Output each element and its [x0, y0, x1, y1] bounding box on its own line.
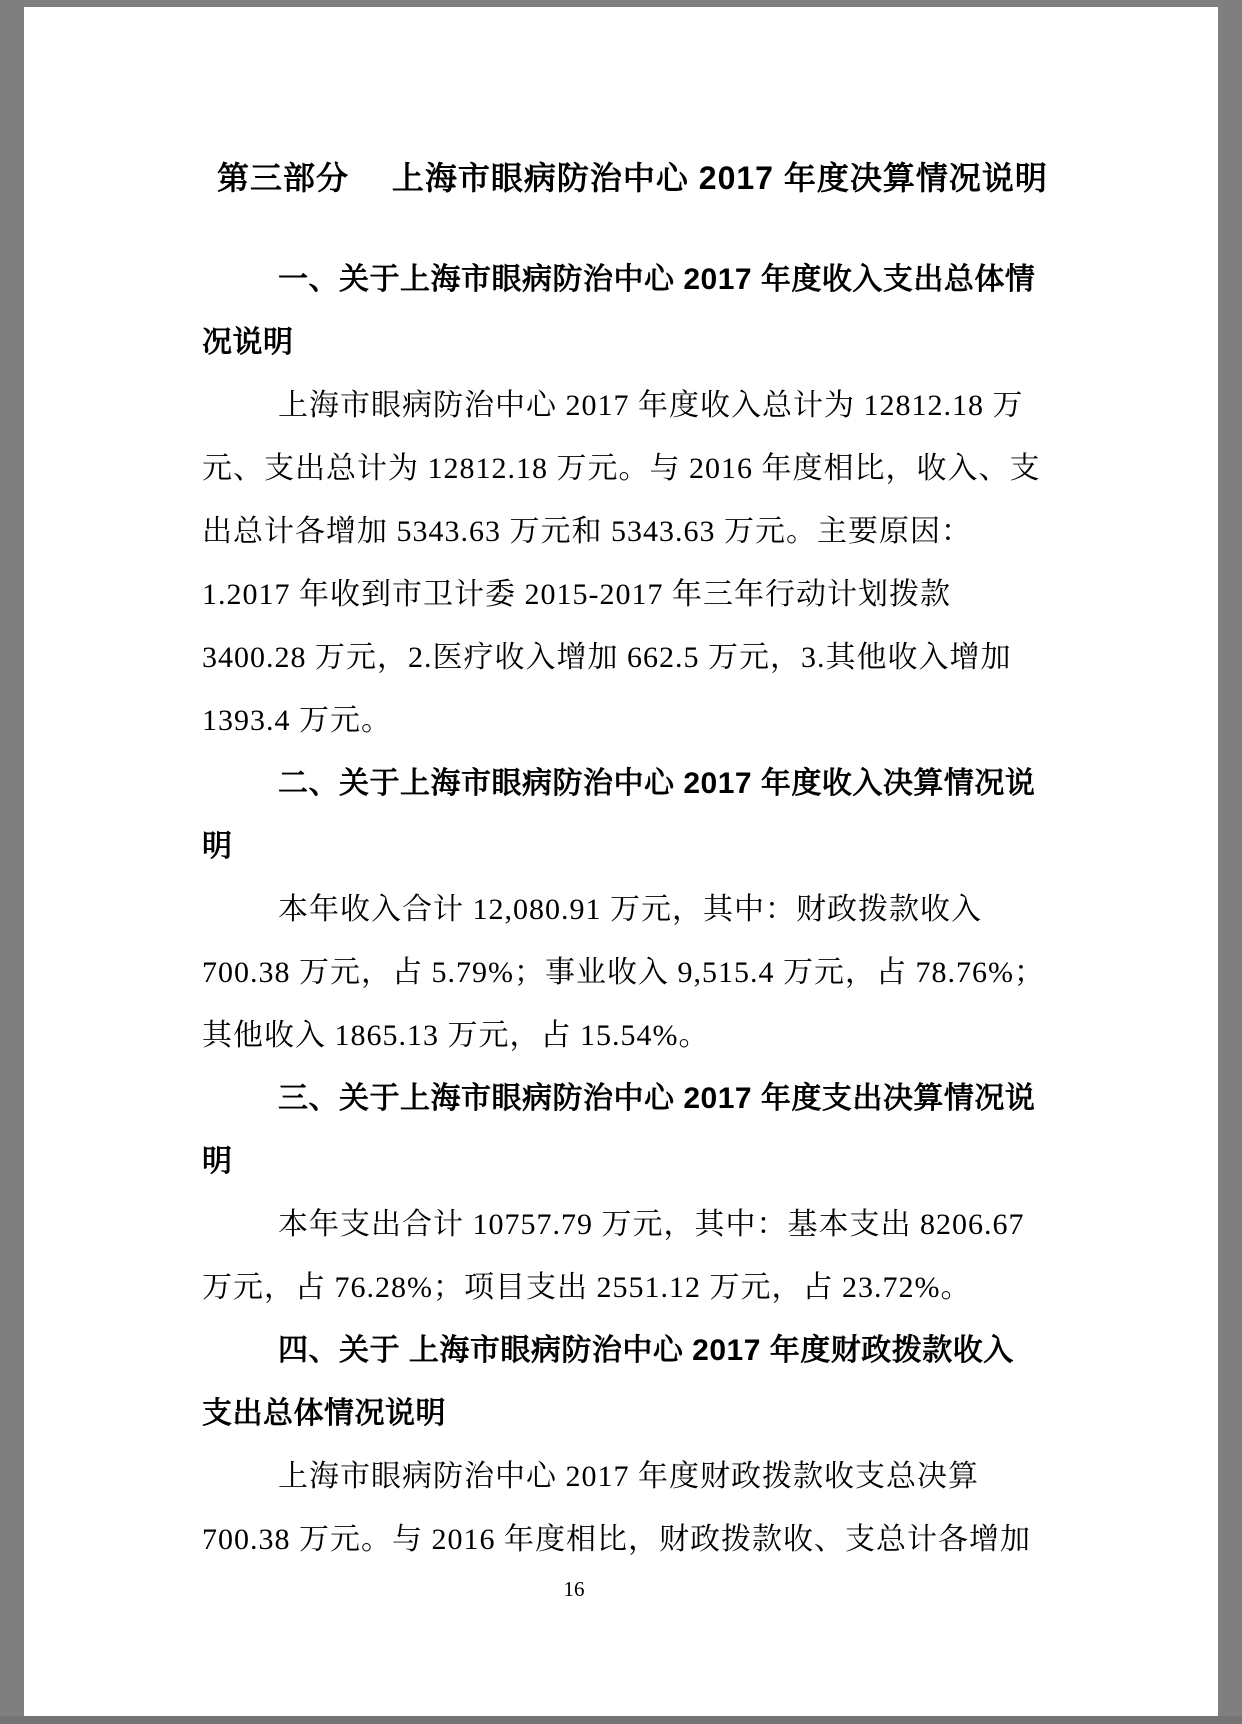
text-line: 一、关于上海市眼病防治中心 2017 年度收入支出总体情: [202, 248, 946, 311]
text-line: 况说明: [202, 311, 946, 374]
text-line: 3400.28 万元，2.医疗收入增加 662.5 万元，3.其他收入增加: [202, 626, 946, 689]
text-line: 700.38 万元，占 5.79%；事业收入 9,515.4 万元，占 78.7…: [202, 941, 946, 1004]
text-line: 元、支出总计为 12812.18 万元。与 2016 年度相比，收入、支: [202, 437, 946, 500]
viewer-bottom-divider: [0, 1716, 1242, 1724]
text-line: 支出总体情况说明: [202, 1382, 946, 1445]
viewer-background: { "document": { "title": "第三部分 上海市眼病防治中心…: [0, 0, 1242, 1724]
text-line: 明: [202, 1130, 946, 1193]
text-line: 1393.4 万元。: [202, 689, 946, 752]
page-number: 16: [202, 1575, 946, 1603]
text-line: 四、关于 上海市眼病防治中心 2017 年度财政拨款收入: [202, 1319, 946, 1382]
document-page: 第三部分 上海市眼病防治中心 2017 年度决算情况说明 一、关于上海市眼病防治…: [24, 7, 1218, 1716]
text-line: 本年收入合计 12,080.91 万元，其中：财政拨款收入: [202, 878, 946, 941]
text-line: 三、关于上海市眼病防治中心 2017 年度支出决算情况说: [202, 1067, 946, 1130]
text-line: 其他收入 1865.13 万元，占 15.54%。: [202, 1004, 946, 1067]
text-line: 上海市眼病防治中心 2017 年度收入总计为 12812.18 万: [202, 374, 946, 437]
text-line: 出总计各增加 5343.63 万元和 5343.63 万元。主要原因：: [202, 500, 946, 563]
document-title: 第三部分 上海市眼病防治中心 2017 年度决算情况说明: [217, 157, 1077, 199]
text-line: 万元，占 76.28%；项目支出 2551.12 万元，占 23.72%。: [202, 1256, 946, 1319]
text-line: 二、关于上海市眼病防治中心 2017 年度收入决算情况说: [202, 752, 946, 815]
text-line: 700.38 万元。与 2016 年度相比，财政拨款收、支总计各增加: [202, 1508, 946, 1571]
text-line: 明: [202, 815, 946, 878]
text-line: 上海市眼病防治中心 2017 年度财政拨款收支总决算: [202, 1445, 946, 1508]
text-line: 1.2017 年收到市卫计委 2015-2017 年三年行动计划拨款: [202, 563, 946, 626]
text-line: 本年支出合计 10757.79 万元，其中：基本支出 8206.67: [202, 1193, 946, 1256]
document-body: 一、关于上海市眼病防治中心 2017 年度收入支出总体情况说明上海市眼病防治中心…: [202, 248, 946, 1571]
